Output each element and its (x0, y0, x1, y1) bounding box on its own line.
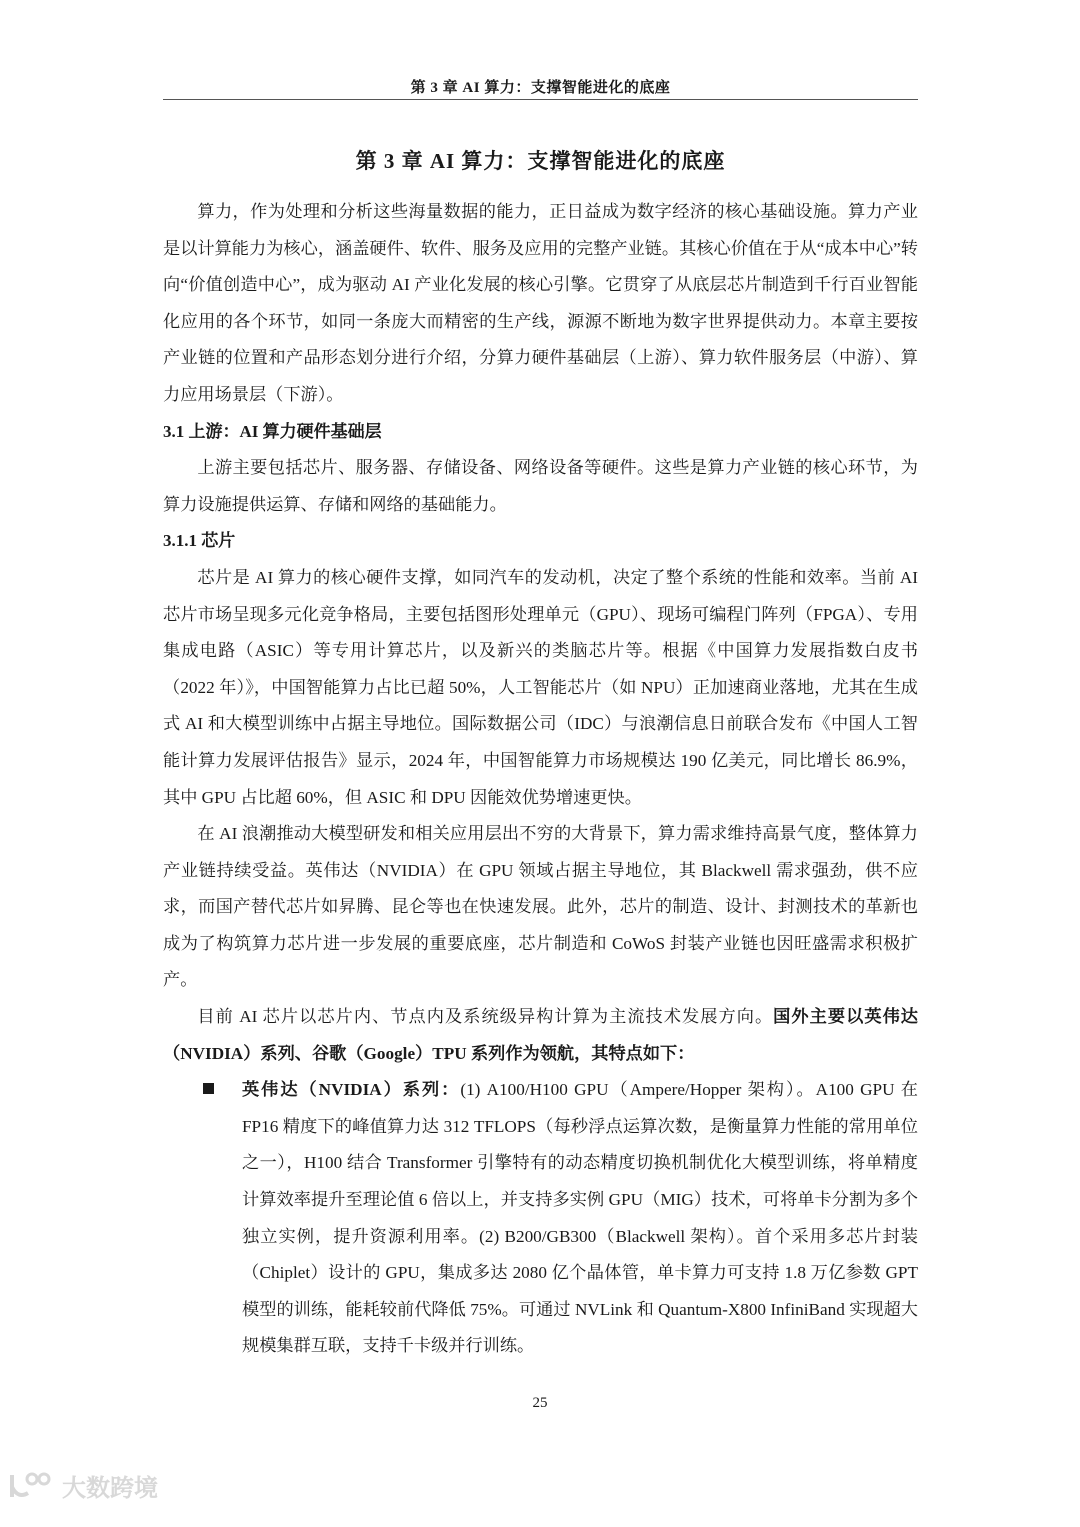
chips-paragraph-3-plain: 目前 AI 芯片以芯片内、节点内及系统级异构计算为主流技术发展方向。 (197, 1007, 773, 1026)
section-3-1-heading: 3.1 上游：AI 算力硬件基础层 (163, 414, 918, 451)
bullet-text: (1) A100/H100 GPU（Ampere/Hopper 架构）。A100… (242, 1080, 918, 1355)
document-page: 第 3 章 AI 算力：支撑智能进化的底座 第 3 章 AI 算力：支撑智能进化… (0, 0, 1080, 1527)
watermark: 大数跨境 (8, 1468, 158, 1503)
square-bullet-icon (203, 1083, 214, 1094)
chapter-title: 第 3 章 AI 算力：支撑智能进化的底座 (163, 145, 918, 175)
chips-paragraph-2: 在 AI 浪潮推动大模型研发和相关应用层出不穷的大背景下，算力需求维持高景气度，… (163, 816, 918, 999)
body-text: 算力，作为处理和分析这些海量数据的能力，正日益成为数字经济的核心基础设施。算力产… (163, 194, 918, 1365)
watermark-logo-icon (8, 1471, 54, 1501)
bullet-label: 英伟达（NVIDIA）系列： (242, 1080, 460, 1099)
intro-paragraph: 算力，作为处理和分析这些海量数据的能力，正日益成为数字经济的核心基础设施。算力产… (163, 194, 918, 414)
chips-paragraph-3: 目前 AI 芯片以芯片内、节点内及系统级异构计算为主流技术发展方向。国外主要以英… (163, 999, 918, 1072)
bullet-item-nvidia: 英伟达（NVIDIA）系列：(1) A100/H100 GPU（Ampere/H… (163, 1072, 918, 1365)
section-3-1-1-heading: 3.1.1 芯片 (163, 523, 918, 560)
watermark-text: 大数跨境 (62, 1468, 158, 1503)
header-divider (163, 99, 918, 100)
section-3-1-paragraph: 上游主要包括芯片、服务器、存储设备、网络设备等硬件。这些是算力产业链的核心环节，… (163, 450, 918, 523)
page-number: 25 (0, 1395, 1080, 1412)
running-header: 第 3 章 AI 算力：支撑智能进化的底座 (163, 76, 918, 97)
chips-paragraph-1: 芯片是 AI 算力的核心硬件支撑，如同汽车的发动机，决定了整个系统的性能和效率。… (163, 560, 918, 816)
